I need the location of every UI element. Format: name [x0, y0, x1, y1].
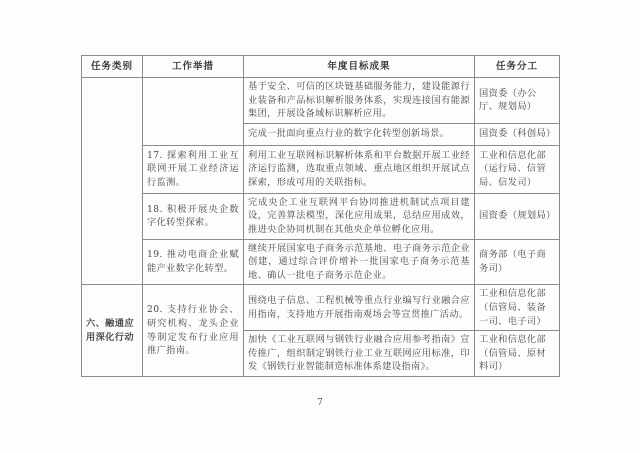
table-row: 18. 积极开展央企数字化转型探索。 完成央企工业互联网平台协同推进机制试点项目…: [82, 193, 560, 239]
measure-cell: [143, 78, 244, 146]
measure-cell: 19. 推动电商企业赋能产业数字化转型。: [143, 239, 244, 285]
measure-cell: 20. 支持行业协会、研究机构、龙头企业等制定发布行业应用推广指南。: [143, 285, 244, 377]
page-number: 7: [0, 398, 640, 408]
measure-cell: 18. 积极开展央企数字化转型探索。: [143, 193, 244, 239]
table-header-row: 任务类别 工作举措 年度目标成果 任务分工: [82, 56, 560, 78]
goal-cell: 利用工业互联网标识解析体系和平台数据开展工业经济运行监测，选取重点领域、重点地区…: [244, 145, 475, 193]
assignment-cell: 工业和信息化部（信管局、原材料司）: [475, 331, 560, 377]
goal-cell: 完成央企工业互联网平台协同推进机制试点项目建设，完善算法模型，深化应用成果，总结…: [244, 193, 475, 239]
goal-cell: 继续开展国家电子商务示范基地、电子商务示范企业创建，通过综合评价增补一批国家电子…: [244, 239, 475, 285]
category-cell: 六、融通应用深化行动: [82, 285, 143, 377]
goal-cell: 围绕电子信息、工程机械等重点行业编写行业融合应用指南，支持地方开展指南观场会等宣…: [244, 285, 475, 331]
assignment-cell: 国资委（办公厅、规划局）: [475, 78, 560, 124]
header-annual-goal: 年度目标成果: [244, 56, 475, 78]
header-work-measure: 工作举措: [143, 56, 244, 78]
goal-cell: 完成一批面向重点行业的数字化转型创新场景。: [244, 123, 475, 145]
assignment-cell: 商务部（电子商务司）: [475, 239, 560, 285]
category-cell: [82, 78, 143, 285]
header-task-assignment: 任务分工: [475, 56, 560, 78]
document-page: 任务类别 工作举措 年度目标成果 任务分工 基于安全、可信的区块链基础服务能力，…: [0, 0, 640, 453]
table-row: 19. 推动电商企业赋能产业数字化转型。 继续开展国家电子商务示范基地、电子商务…: [82, 239, 560, 285]
assignment-cell: 国资委（规划局）: [475, 193, 560, 239]
assignment-cell: 工业和信息化部（运行局、信管局、信发司）: [475, 145, 560, 193]
assignment-cell: 国资委（科创局）: [475, 123, 560, 145]
assignment-cell: 工业和信息化部（信管局、装备一司、电子司）: [475, 285, 560, 331]
goal-cell: 基于安全、可信的区块链基础服务能力，建设能源行业装备和产品标识解析服务体系，实现…: [244, 78, 475, 124]
table-row: 基于安全、可信的区块链基础服务能力，建设能源行业装备和产品标识解析服务体系，实现…: [82, 78, 560, 124]
measure-cell: 17. 探索利用工业互联网开展工业经济运行监测。: [143, 145, 244, 193]
table-row: 六、融通应用深化行动 20. 支持行业协会、研究机构、龙头企业等制定发布行业应用…: [82, 285, 560, 331]
header-task-category: 任务类别: [82, 56, 143, 78]
table-row: 17. 探索利用工业互联网开展工业经济运行监测。 利用工业互联网标识解析体系和平…: [82, 145, 560, 193]
goal-cell: 加快《工业互联网与钢铁行业融合应用参考指南》宣传推广，组织制定钢铁行业工业互联网…: [244, 331, 475, 377]
task-table: 任务类别 工作举措 年度目标成果 任务分工 基于安全、可信的区块链基础服务能力，…: [81, 55, 560, 377]
